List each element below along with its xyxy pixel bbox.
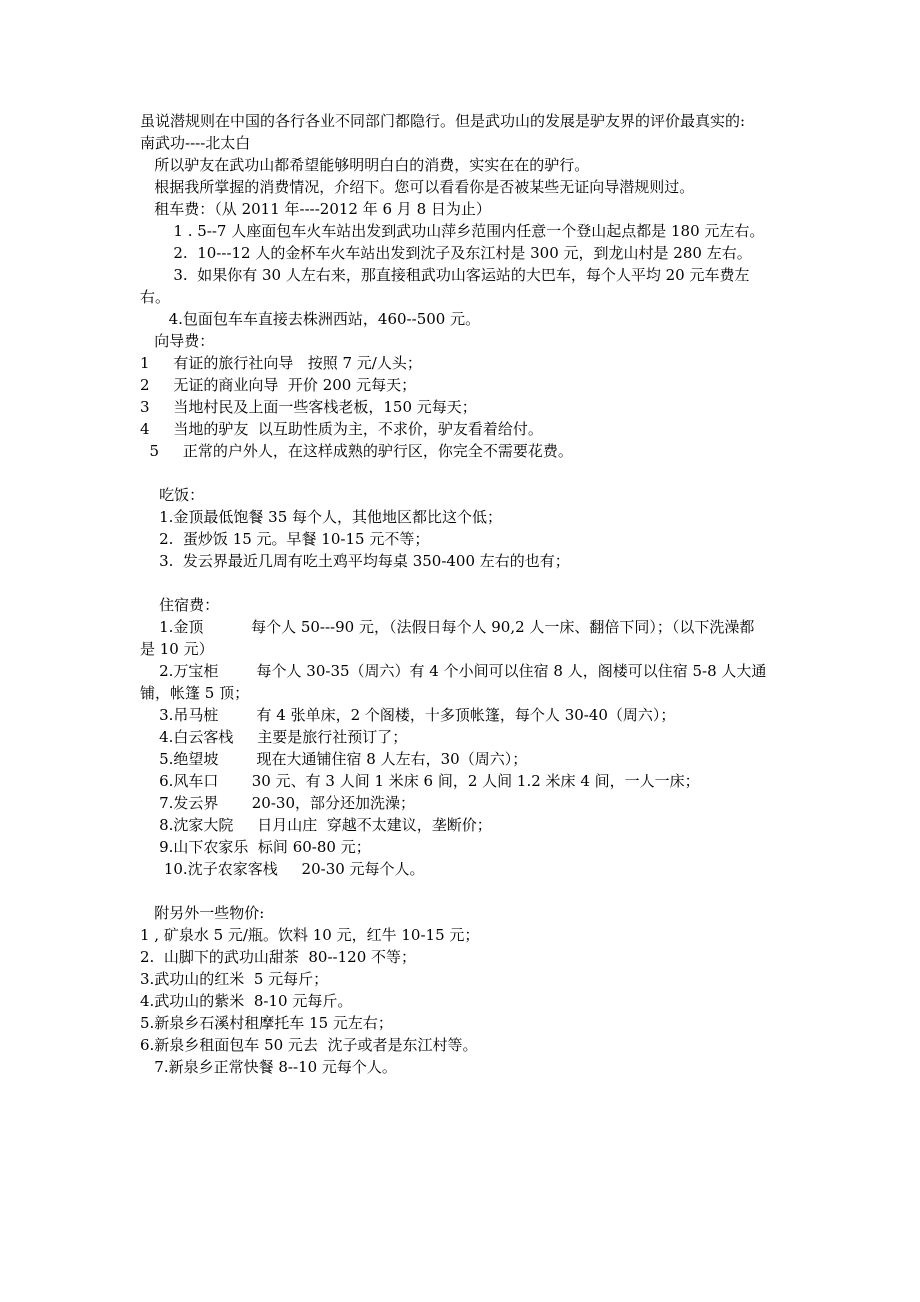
spacer	[140, 572, 790, 594]
guide-item: 5 正常的户外人，在这样成熟的驴行区，你完全不需要花费。	[140, 440, 790, 462]
intro-line-2: 南武功----北太白	[140, 132, 790, 154]
lodging-item: 9.山下农家乐 标间 60-80 元；	[140, 836, 790, 858]
spacer	[140, 880, 790, 902]
guide-item: 3 当地村民及上面一些客栈老板，150 元每天；	[140, 396, 790, 418]
lodging-heading: 住宿费：	[140, 594, 790, 616]
rental-heading: 租车费：（从 2011 年----2012 年 6 月 8 日为止）	[140, 198, 790, 220]
rental-item-continuation: 右。	[140, 286, 790, 308]
guide-heading: 向导费：	[140, 330, 790, 352]
misc-item: 2. 山脚下的武功山甜茶 80--120 不等；	[140, 946, 790, 968]
lodging-item: 3.吊马桩 有 4 张单床，2 个阁楼，十多顶帐篷，每个人 30-40（周六）；	[140, 704, 790, 726]
lodging-item: 1.金顶 每个人 50---90 元，（法假日每个人 90,2 人一床、翻倍下同…	[140, 616, 790, 638]
lodging-section: 住宿费： 1.金顶 每个人 50---90 元，（法假日每个人 90,2 人一床…	[140, 594, 790, 880]
guide-item: 4 当地的驴友 以互助性质为主，不求价，驴友看着给付。	[140, 418, 790, 440]
intro-section: 虽说潜规则在中国的各行各业不同部门都隐行。但是武功山的发展是驴友界的评价最真实的…	[140, 110, 790, 198]
lodging-item-continuation: 铺，帐篷 5 顶；	[140, 682, 790, 704]
spacer	[140, 462, 790, 484]
rental-item: 1 . 5--7 人座面包车火车站出发到武功山萍乡范围内任意一个登山起点都是 1…	[140, 220, 790, 242]
misc-item: 7.新泉乡正常快餐 8--10 元每个人。	[140, 1056, 790, 1078]
misc-item: 1 , 矿泉水 5 元/瓶。饮料 10 元，红牛 10-15 元；	[140, 924, 790, 946]
intro-line-1: 虽说潜规则在中国的各行各业不同部门都隐行。但是武功山的发展是驴友界的评价最真实的…	[140, 110, 790, 132]
rental-item: 2. 10---12 人的金杯车火车站出发到沈子及东江村是 300 元，到龙山村…	[140, 242, 790, 264]
misc-heading: 附另外一些物价:	[140, 902, 790, 924]
lodging-item: 5.绝望坡 现在大通铺住宿 8 人左右，30（周六）；	[140, 748, 790, 770]
food-item: 2. 蛋炒饭 15 元。早餐 10-15 元不等；	[140, 528, 790, 550]
rental-item: 4.包面包车车直接去株洲西站，460--500 元。	[140, 308, 790, 330]
misc-item: 3.武功山的红米 5 元每斤；	[140, 968, 790, 990]
lodging-item: 10.沈子农家客栈 20-30 元每个人。	[140, 858, 790, 880]
lodging-item: 7.发云界 20-30，部分还加洗澡；	[140, 792, 790, 814]
rental-item: 3. 如果你有 30 人左右来，那直接租武功山客运站的大巴车，每个人平均 20 …	[140, 264, 790, 286]
lodging-item: 4.白云客栈 主要是旅行社预订了；	[140, 726, 790, 748]
food-item: 1.金顶最低饱餐 35 每个人，其他地区都比这个低；	[140, 506, 790, 528]
misc-item: 6.新泉乡租面包车 50 元去 沈子或者是东江村等。	[140, 1034, 790, 1056]
lodging-item: 6.风车口 30 元、有 3 人间 1 米床 6 间，2 人间 1.2 米床 4…	[140, 770, 790, 792]
guide-item: 2 无证的商业向导 开价 200 元每天；	[140, 374, 790, 396]
misc-item: 5.新泉乡石溪村租摩托车 15 元左右；	[140, 1012, 790, 1034]
lodging-item: 2.万宝柜 每个人 30-35（周六）有 4 个小间可以住宿 8 人，阁楼可以住…	[140, 660, 790, 682]
intro-line-4: 根据我所掌握的消费情况，介绍下。您可以看看你是否被某些无证向导潜规则过。	[140, 176, 790, 198]
rental-section: 租车费：（从 2011 年----2012 年 6 月 8 日为止） 1 . 5…	[140, 198, 790, 330]
document-page: 虽说潜规则在中国的各行各业不同部门都隐行。但是武功山的发展是驴友界的评价最真实的…	[140, 110, 790, 1078]
guide-item: 1 有证的旅行社向导 按照 7 元/人头；	[140, 352, 790, 374]
misc-item: 4.武功山的紫米 8-10 元每斤。	[140, 990, 790, 1012]
lodging-item: 8.沈家大院 日月山庄 穿越不太建议，垄断价；	[140, 814, 790, 836]
guide-section: 向导费： 1 有证的旅行社向导 按照 7 元/人头； 2 无证的商业向导 开价 …	[140, 330, 790, 462]
intro-line-3: 所以驴友在武功山都希望能够明明白白的消费，实实在在的驴行。	[140, 154, 790, 176]
lodging-item-continuation: 是 10 元）	[140, 638, 790, 660]
misc-section: 附另外一些物价: 1 , 矿泉水 5 元/瓶。饮料 10 元，红牛 10-15 …	[140, 902, 790, 1078]
food-section: 吃饭： 1.金顶最低饱餐 35 每个人，其他地区都比这个低； 2. 蛋炒饭 15…	[140, 484, 790, 572]
food-item: 3. 发云界最近几周有吃土鸡平均每桌 350-400 左右的也有；	[140, 550, 790, 572]
food-heading: 吃饭：	[140, 484, 790, 506]
